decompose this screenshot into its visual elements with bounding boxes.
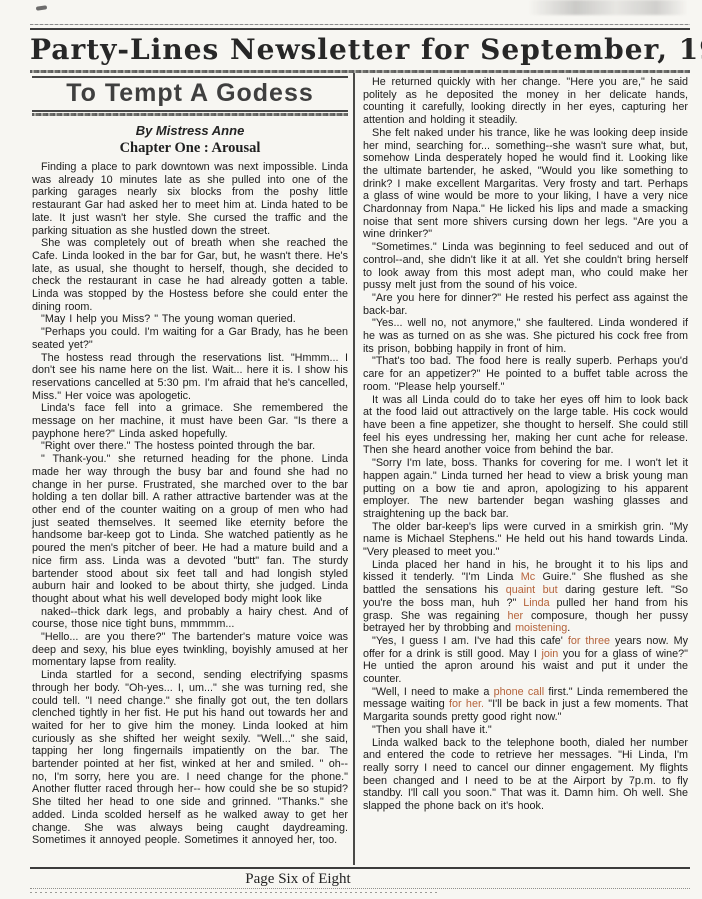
scan-tinted-text-segment: Linda (523, 597, 549, 609)
text-segment: The older bar-keep's lips were curved in… (363, 521, 688, 558)
left-column: To Tempt A Godess By Mistress Anne Chapt… (30, 73, 355, 865)
paragraph: "Yes... well no, not anymore," she fault… (363, 317, 688, 355)
paragraph: naked--thick dark legs, and probably a h… (32, 606, 348, 631)
text-segment: "Right over there." The hostess pointed … (41, 440, 315, 452)
paragraph: Linda's face fell into a grimace. She re… (32, 402, 348, 440)
paragraph: "Perhaps you could. I'm waiting for a Ga… (32, 326, 348, 351)
text-segment: "Then you shall have it." (372, 724, 492, 736)
newsletter-masthead: Party-Lines Newsletter for September, 19… (30, 24, 690, 73)
paragraph: "Yes, I guess I am. I've had this cafe' … (363, 635, 688, 686)
paragraph: "Sorry I'm late, boss. Thanks for coveri… (363, 457, 688, 521)
paragraph: She felt naked under his trance, like he… (363, 127, 688, 241)
text-segment: "Well, I need to make a (372, 686, 494, 698)
paragraph: "Then you shall have it." (363, 724, 688, 737)
paragraph: Finding a place to park downtown was nex… (32, 161, 348, 237)
scan-tinted-text-segment: Mc (521, 571, 535, 583)
text-segment: Linda startled for a second, sending ele… (32, 669, 348, 846)
text-segment: She was completely out of breath when sh… (32, 237, 348, 313)
paragraph: " Thank-you." she returned heading for t… (32, 453, 348, 605)
text-segment: naked--thick dark legs, and probably a h… (32, 606, 348, 631)
paragraph: Linda startled for a second, sending ele… (32, 669, 348, 847)
text-segment: The hostess read through the reservation… (32, 352, 348, 402)
text-segment: Linda's face fell into a grimace. She re… (32, 402, 348, 439)
story-text-left: Finding a place to park downtown was nex… (32, 161, 348, 847)
title-underline-solid (32, 110, 348, 112)
paragraph: She was completely out of breath when sh… (32, 237, 348, 313)
paragraph: Linda walked back to the telephone booth… (363, 737, 688, 813)
text-segment: "Sometimes." Linda was beginning to feel… (363, 241, 688, 291)
paragraph: Linda placed her hand in his, he brought… (363, 559, 688, 635)
text-segment: "Hello... are you there?" The bartender'… (32, 631, 348, 668)
paragraph: "Right over there." The hostess pointed … (32, 440, 348, 453)
text-segment: . (567, 622, 570, 634)
text-segment: "May I help you Miss? " The young woman … (41, 313, 296, 325)
text-segment: "Yes... well no, not anymore," she fault… (363, 317, 688, 354)
scan-streak-artifact (528, 0, 688, 15)
scan-tinted-text-segment: join (541, 648, 558, 660)
text-segment: She felt naked under his trance, like he… (363, 127, 688, 241)
scan-tinted-text-segment: for three (568, 635, 610, 647)
newsletter-page: Party-Lines Newsletter for September, 19… (0, 0, 702, 899)
text-segment: "Perhaps you could. I'm waiting for a Ga… (32, 326, 348, 351)
story-text-right: He returned quickly with her change. "He… (363, 76, 688, 813)
byline: By Mistress Anne (32, 123, 348, 138)
paragraph: The older bar-keep's lips were curved in… (363, 521, 688, 559)
text-segment: He returned quickly with her change. "He… (363, 76, 688, 126)
text-segment: "That's too bad. The food here is really… (363, 355, 688, 392)
masthead-top-solid-rule (30, 28, 690, 30)
scan-tinted-text-segment: for her. (449, 698, 484, 710)
title-underline-stipple (32, 113, 348, 116)
footer-rule-row: Page Six of Eight (30, 869, 690, 889)
article-columns: To Tempt A Godess By Mistress Anne Chapt… (30, 73, 690, 865)
paragraph: "Sometimes." Linda was beginning to feel… (363, 241, 688, 292)
paragraph: "May I help you Miss? " The young woman … (32, 313, 348, 326)
scan-speck-artifact (36, 5, 47, 10)
scan-tinted-text-segment: phone call (494, 686, 544, 698)
right-column: He returned quickly with her change. "He… (355, 73, 690, 865)
paragraph: "That's too bad. The food here is really… (363, 355, 688, 393)
page-footer: Page Six of Eight (30, 867, 690, 893)
paragraph: "Well, I need to make a phone call first… (363, 686, 688, 724)
masthead-title: Party-Lines Newsletter for September, 19… (30, 33, 690, 66)
scan-tinted-text-segment: moistening (515, 622, 567, 634)
article-title-block: To Tempt A Godess (32, 76, 348, 116)
paragraph: It was all Linda could do to take her ey… (363, 394, 688, 458)
text-segment: " Thank-you." she returned heading for t… (32, 453, 348, 605)
chapter-heading: Chapter One : Arousal (32, 140, 348, 157)
paragraph: He returned quickly with her change. "He… (363, 76, 688, 127)
footer-faint-rule (30, 892, 439, 893)
scan-tinted-text-segment: her (508, 610, 524, 622)
text-segment: "Are you here for dinner?" He rested his… (363, 292, 688, 317)
paragraph: "Are you here for dinner?" He rested his… (363, 292, 688, 317)
text-segment: Linda walked back to the telephone booth… (363, 737, 688, 813)
page-number: Page Six of Eight (245, 871, 350, 887)
article-title: To Tempt A Godess (32, 79, 348, 108)
text-segment: It was all Linda could do to take her ey… (363, 394, 688, 457)
text-segment: "Yes, I guess I am. I've had this cafe' (372, 635, 568, 647)
text-segment: "Sorry I'm late, boss. Thanks for coveri… (363, 457, 688, 520)
paragraph: The hostess read through the reservation… (32, 352, 348, 403)
scan-tinted-text-segment: quaint but (506, 584, 558, 596)
paragraph: "Hello... are you there?" The bartender'… (32, 631, 348, 669)
text-segment: Finding a place to park downtown was nex… (32, 161, 348, 237)
